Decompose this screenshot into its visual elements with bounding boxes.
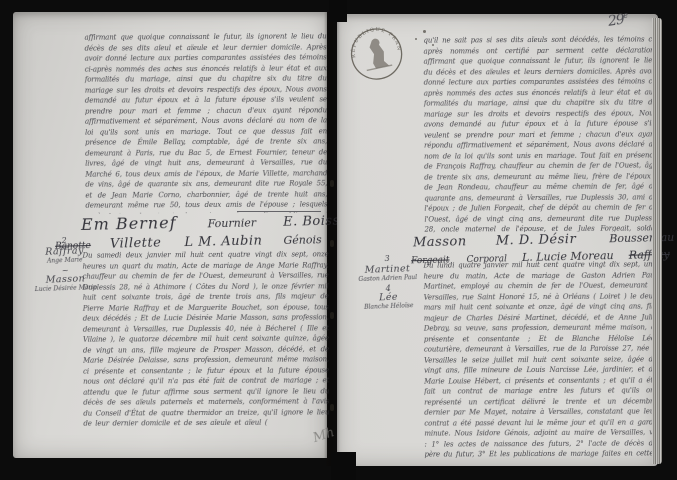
left-page: affirmant que quoique connaissant le fut… xyxy=(13,12,327,458)
stitch-mark xyxy=(330,240,334,247)
stitch-mark xyxy=(330,404,334,411)
page-number: 29e xyxy=(607,11,629,30)
right-margin-annotation: 3 Martinet Gaston Adrien Paul 4 Lée Blan… xyxy=(346,253,430,316)
signature: Fournier xyxy=(208,216,257,230)
spine-notch-bottom xyxy=(331,452,356,480)
page-number-flourish: e xyxy=(623,11,628,20)
signature: Génois xyxy=(283,233,321,247)
register-scan: affirmant que quoique connaissant le fut… xyxy=(0,0,677,480)
marianne-figure xyxy=(368,37,389,69)
republique-francaise-seal-icon: RÉPUBLIQUE FRANÇAISE xyxy=(343,21,409,87)
right-act1-handwritten-text: qu'il ne sait pas si ses dits aïeuls son… xyxy=(423,34,657,232)
page-edge-stack xyxy=(652,18,662,464)
left-act2-handwritten-text: Du samedi deux janvier mil huit cent qua… xyxy=(82,249,329,453)
bride-given-names: Blanche Héloïse xyxy=(348,302,430,312)
book-gutter xyxy=(324,12,340,466)
groom-given-names: Gaston Adrien Paul xyxy=(347,274,429,284)
stitch-mark xyxy=(330,180,334,187)
right-act2-handwritten-text: Du lundi quatre janvier mil huit cent qu… xyxy=(423,259,657,460)
spine-notch-top xyxy=(329,0,347,22)
signature: L M. Aubin xyxy=(184,233,262,250)
right-page: 29e RÉPUBLIQUE FRANÇAISE qu'il ne sait p… xyxy=(337,14,658,466)
ink-speck xyxy=(173,67,175,69)
official-stamp: RÉPUBLIQUE FRANÇAISE xyxy=(343,21,410,91)
ink-speck xyxy=(423,30,426,33)
left-act1-handwritten-text: affirmant que quoique connaissant le fut… xyxy=(85,31,328,213)
ink-speck xyxy=(415,38,417,40)
stitch-mark xyxy=(330,312,334,319)
ink-speck xyxy=(432,44,434,46)
signature: Villette xyxy=(110,236,162,252)
